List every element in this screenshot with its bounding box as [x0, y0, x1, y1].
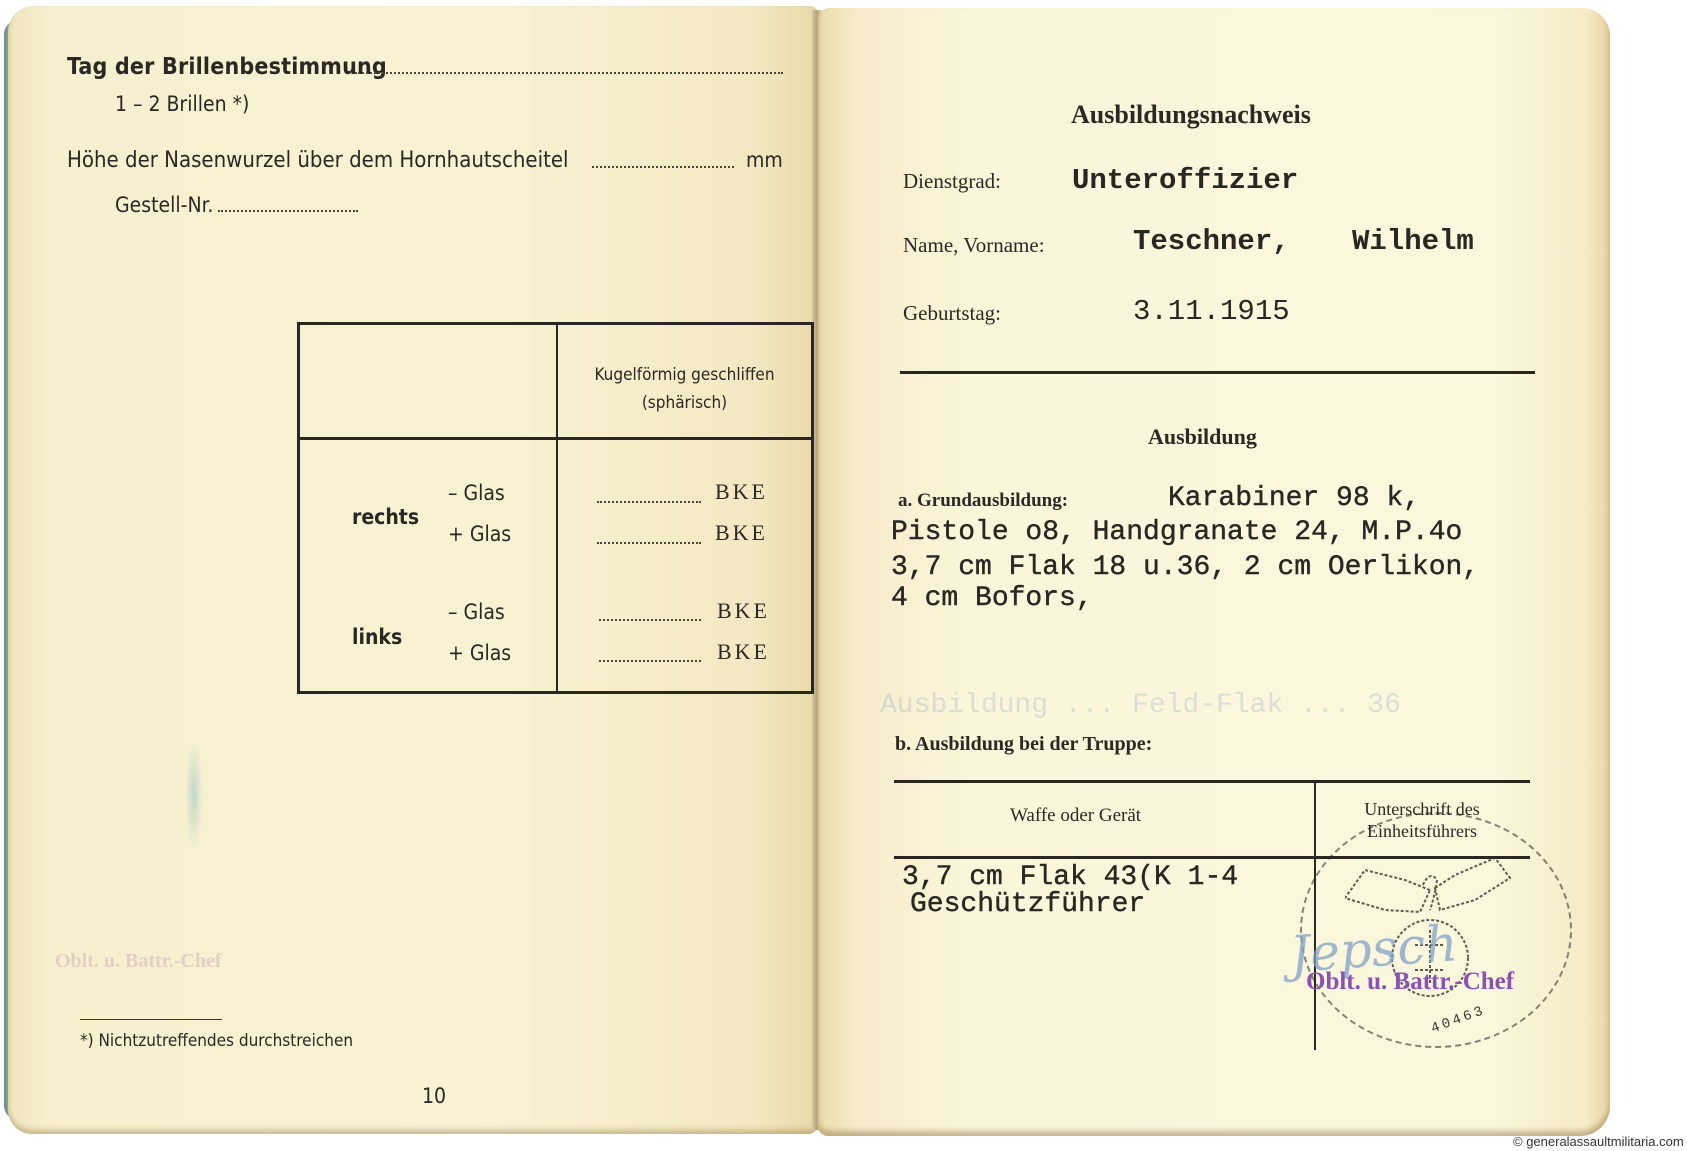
header-rule	[900, 371, 1535, 374]
row-side-links: links	[352, 625, 402, 649]
footnote: *) Nichtzutreffendes durchstreichen	[80, 1031, 353, 1051]
grundausbildung-label: a. Grundausbildung:	[898, 490, 1068, 512]
value-field	[599, 660, 701, 662]
col-weapon-header: Waffe oder Gerät	[1010, 805, 1141, 827]
lens-table: Kugelförmig geschliffen (sphärisch) rech…	[297, 322, 814, 694]
truppe-entry-role: Geschützführer	[910, 889, 1145, 920]
value-field	[597, 501, 701, 503]
table-header-title: Kugelförmig geschliffen	[558, 361, 811, 389]
grundausbildung-line3: 3,7 cm Flak 18 u.36, 2 cm Oerlikon,	[891, 552, 1479, 583]
name-last: Teschner,	[1133, 225, 1290, 258]
dienstgrad-label: Dienstgrad:	[903, 169, 1001, 194]
page-number: 10	[422, 1084, 446, 1108]
table-header-sub: (sphärisch)	[558, 389, 811, 417]
row-unit: BKE	[717, 639, 770, 665]
footnote-rule	[80, 1019, 222, 1020]
table-header: Kugelförmig geschliffen (sphärisch)	[558, 361, 811, 417]
gestell-label: Gestell-Nr.	[115, 193, 213, 217]
row-unit: BKE	[715, 520, 768, 546]
row-glas: – Glas	[448, 481, 505, 505]
watermark: © generalassaultmilitaria.com	[1513, 1134, 1684, 1149]
brillen-date-field	[355, 72, 783, 74]
value-field	[599, 619, 701, 621]
page-title: Ausbildungsnachweis	[1071, 100, 1311, 130]
row-side-rechts: rechts	[352, 505, 419, 529]
value-field	[597, 542, 701, 544]
row-unit: BKE	[717, 598, 770, 624]
nasenwurzel-label: Höhe der Nasenwurzel über dem Hornhautsc…	[67, 148, 569, 173]
name-label: Name, Vorname:	[903, 233, 1045, 258]
section-title: Ausbildung	[1148, 424, 1257, 450]
truppe-label: b. Ausbildung bei der Truppe:	[895, 733, 1152, 756]
truppe-table-top-rule	[894, 780, 1530, 783]
dienstgrad-value: Unteroffizier	[1072, 164, 1298, 197]
rank-stamp: Oblt. u. Battr.-Chef	[1306, 968, 1514, 996]
nasenwurzel-field	[592, 166, 734, 168]
brillen-label: Tag der Brillenbestimmung	[67, 54, 387, 80]
row-unit: BKE	[715, 479, 768, 505]
nasenwurzel-unit: mm	[746, 148, 783, 172]
geburtstag-value: 3.11.1915	[1133, 295, 1290, 328]
row-glas: + Glas	[448, 641, 511, 665]
brillen-count: 1 – 2 Brillen *)	[115, 92, 249, 116]
ink-bleed-mark	[185, 740, 203, 850]
gestell-field	[218, 210, 358, 212]
row-glas: + Glas	[448, 522, 511, 546]
name-first: Wilhelm	[1352, 225, 1474, 258]
row-glas: – Glas	[448, 600, 505, 624]
grundausbildung-line2: Pistole o8, Handgranate 24, M.P.4o	[891, 517, 1462, 548]
faint-bleed-text: Ausbildung ... Feld-Flak ... 36	[880, 690, 1401, 721]
grundausbildung-line1: Karabiner 98 k,	[1168, 483, 1420, 514]
geburtstag-label: Geburtstag:	[903, 301, 1001, 326]
grundausbildung-line4: 4 cm Bofors,	[891, 583, 1093, 614]
faint-stamp-bleed: Oblt. u. Battr.-Chef	[55, 950, 221, 973]
